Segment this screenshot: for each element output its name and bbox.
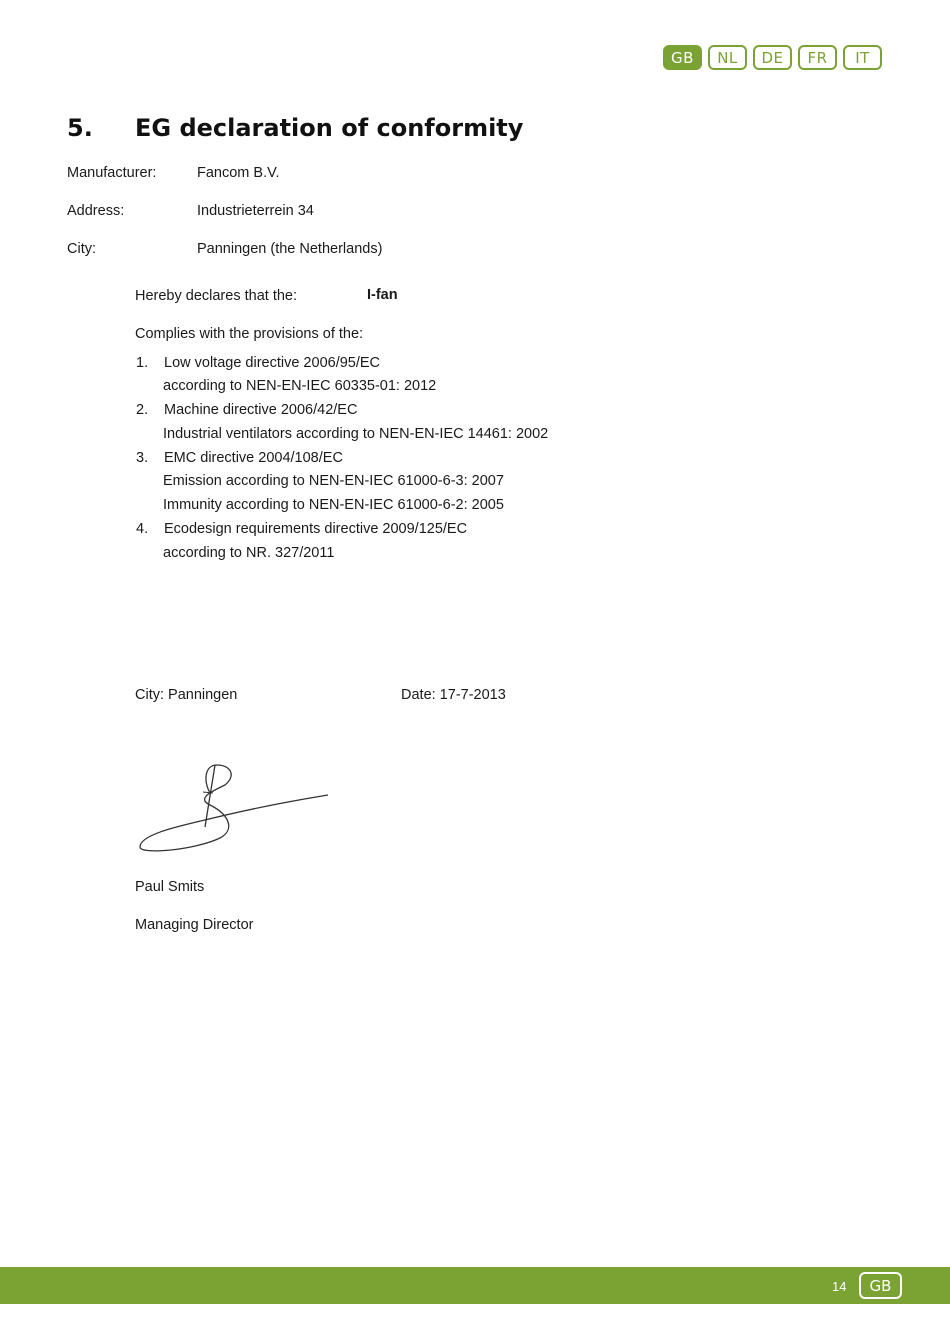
declaration-intro: Hereby declares that the: [135, 288, 297, 304]
city-label: City: [67, 241, 197, 257]
product-name: I-fan [367, 287, 398, 303]
lang-tab-de[interactable]: DE [753, 45, 792, 70]
lang-tab-fr[interactable]: FR [798, 45, 837, 70]
signoff-date: Date: 17-7-2013 [401, 687, 506, 703]
directive-detail: Industrial ventilators according to NEN-… [163, 426, 548, 442]
footer-bar: 14 GB [0, 1267, 950, 1304]
signatory-name: Paul Smits [135, 879, 204, 895]
address-value: Industrieterrein 34 [197, 203, 314, 219]
signature-image [135, 760, 335, 860]
address-label: Address: [67, 203, 197, 219]
directive-detail: Immunity according to NEN-EN-IEC 61000-6… [163, 497, 504, 513]
lang-tab-nl[interactable]: NL [708, 45, 747, 70]
lang-tab-it[interactable]: IT [843, 45, 882, 70]
complies-text: Complies with the provisions of the: [135, 326, 363, 342]
language-tabs: GB NL DE FR IT [663, 45, 882, 70]
section-title: EG declaration of conformity [135, 114, 523, 142]
lang-tab-gb[interactable]: GB [663, 45, 702, 70]
signatory-role: Managing Director [135, 917, 253, 933]
manufacturer-value: Fancom B.V. [197, 165, 279, 181]
manufacturer-label: Manufacturer: [67, 165, 197, 181]
directive-detail: Emission according to NEN-EN-IEC 61000-6… [163, 473, 504, 489]
directive-item: 4.Ecodesign requirements directive 2009/… [136, 521, 467, 537]
signoff-city: City: Panningen [135, 687, 237, 703]
page-title: 5.EG declaration of conformity [67, 114, 523, 142]
directive-item: 3.EMC directive 2004/108/EC [136, 450, 343, 466]
directive-item: 1.Low voltage directive 2006/95/EC [136, 355, 380, 371]
manufacturer-field: Manufacturer:Fancom B.V. [67, 165, 279, 181]
footer-language-tab: GB [859, 1272, 902, 1299]
directive-item: 2.Machine directive 2006/42/EC [136, 402, 357, 418]
city-value: Panningen (the Netherlands) [197, 241, 382, 257]
section-number: 5. [67, 114, 135, 142]
page-number: 14 [832, 1279, 846, 1294]
directive-detail: according to NR. 327/2011 [163, 545, 334, 561]
address-field: Address:Industrieterrein 34 [67, 203, 314, 219]
directive-detail: according to NEN-EN-IEC 60335-01: 2012 [163, 378, 436, 394]
city-field: City:Panningen (the Netherlands) [67, 241, 382, 257]
